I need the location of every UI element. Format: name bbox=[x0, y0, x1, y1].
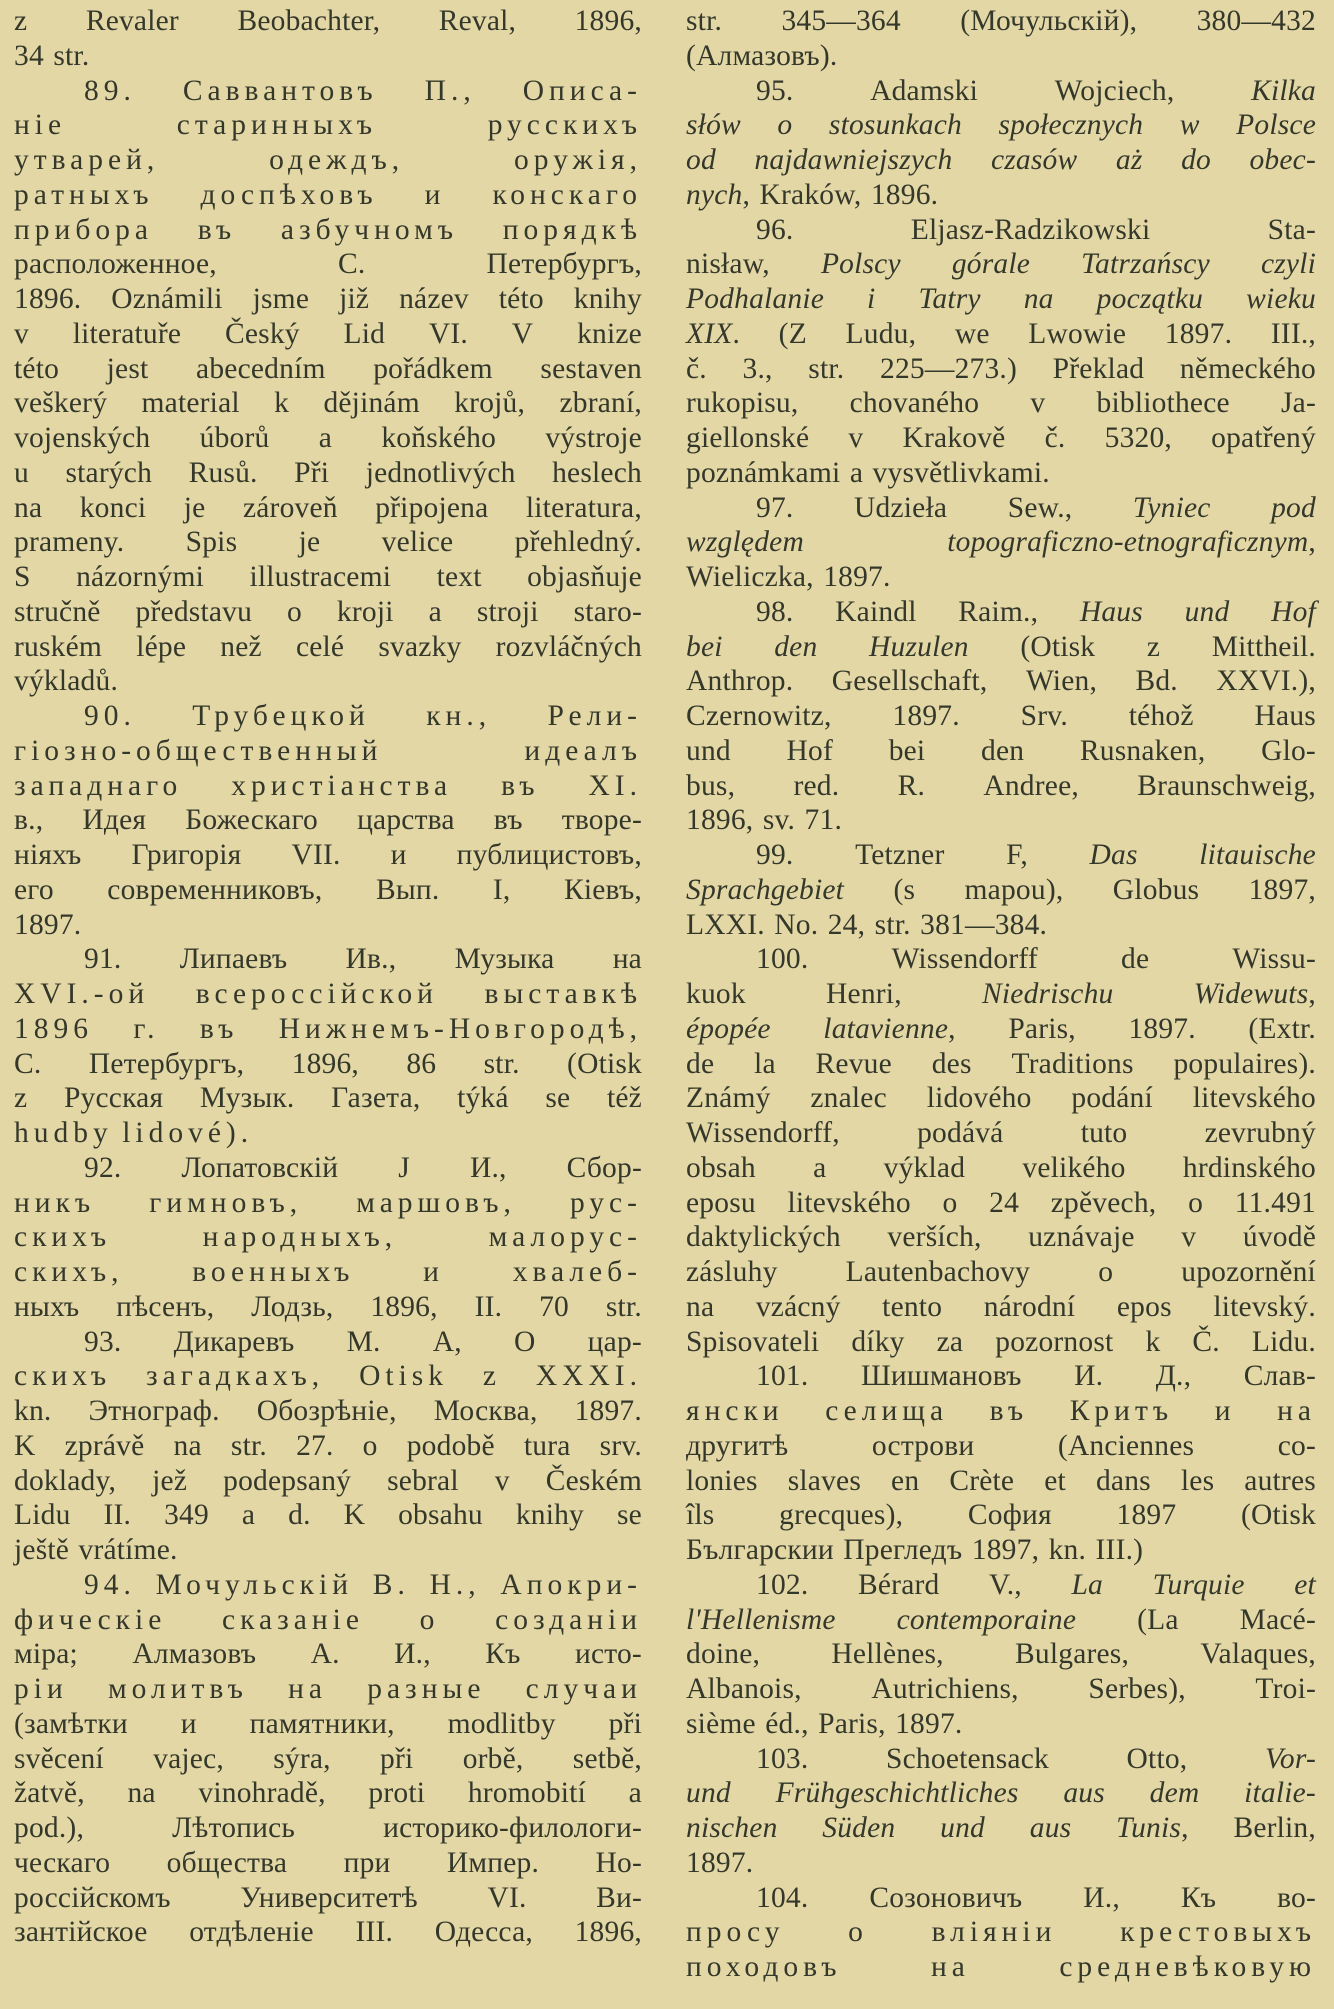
word: týká bbox=[457, 1081, 509, 1116]
word: исто- bbox=[575, 1637, 642, 1672]
word: názornými bbox=[76, 560, 204, 595]
word: verších, bbox=[887, 1220, 981, 1255]
word: z bbox=[14, 1081, 27, 1116]
word: Wissendorff bbox=[892, 942, 1038, 977]
word: Григорія bbox=[131, 838, 241, 873]
word: kroji bbox=[337, 595, 394, 630]
word: и bbox=[1215, 1394, 1236, 1429]
word: Albanois, bbox=[686, 1672, 802, 1707]
word: рус- bbox=[570, 1186, 642, 1221]
word: material bbox=[142, 386, 240, 421]
word: îls bbox=[686, 1498, 714, 1533]
word: (Otisk bbox=[1020, 630, 1095, 665]
word: скихъ bbox=[14, 1359, 111, 1394]
word: 93. bbox=[84, 1325, 121, 1360]
word: tuto bbox=[1081, 1116, 1128, 1151]
word: o bbox=[363, 1429, 378, 1464]
word: str. bbox=[875, 908, 911, 943]
word: хвалеб- bbox=[513, 1255, 642, 1290]
text-line: rukopisu,chovanéhovbibliotheceJa- bbox=[686, 386, 1316, 421]
word: Трубецкой bbox=[192, 699, 370, 734]
word: Wien, bbox=[1026, 664, 1097, 699]
word: Serbes), bbox=[1088, 1672, 1185, 1707]
word: výkladů. bbox=[14, 664, 118, 699]
entry-first-line: 95.AdamskiWojciech,Kilka bbox=[686, 74, 1316, 109]
word: Udzieła bbox=[854, 491, 947, 526]
word: sv. bbox=[763, 803, 795, 838]
word: górale bbox=[952, 247, 1030, 282]
word: je bbox=[299, 525, 321, 560]
word: С. bbox=[14, 1047, 41, 1082]
word: No. bbox=[774, 908, 818, 943]
text-line: БългарскииПрегледъ1897,kn.III.) bbox=[686, 1533, 1316, 1568]
word: Дикаревъ bbox=[174, 1325, 295, 1360]
word: походовъ bbox=[686, 1950, 842, 1985]
word: средневѣковую bbox=[1059, 1950, 1316, 1985]
text-line: ратныхъдоспѣховъиконскаго bbox=[14, 178, 642, 213]
word: přehledný. bbox=[515, 525, 642, 560]
word: общества bbox=[167, 1846, 288, 1881]
word: 95. bbox=[756, 74, 793, 109]
word: В. bbox=[373, 1568, 410, 1603]
word: Huzulen bbox=[869, 630, 969, 665]
word: vajec, bbox=[153, 1742, 224, 1777]
word: Описа- bbox=[523, 74, 642, 109]
word: sième bbox=[686, 1707, 756, 1742]
word: селища bbox=[825, 1394, 948, 1429]
word: v bbox=[1030, 386, 1045, 421]
word: 345—364 bbox=[781, 4, 900, 39]
word: гіозно-общественный bbox=[14, 734, 382, 769]
word: Петербургъ, bbox=[89, 1047, 244, 1082]
text-line: daktylickýchverších,uznávajevúvodě bbox=[686, 1220, 1316, 1255]
word: contemporaine bbox=[897, 1603, 1077, 1638]
word: Známý bbox=[686, 1081, 771, 1116]
word: o bbox=[943, 1186, 958, 1221]
word: sýra, bbox=[273, 1742, 331, 1777]
word: než bbox=[220, 630, 262, 665]
word: Мочульскій bbox=[156, 1568, 353, 1603]
word: se bbox=[545, 1081, 570, 1116]
word: a bbox=[629, 1776, 642, 1811]
word: słów bbox=[686, 108, 741, 143]
word: конскаго bbox=[492, 178, 642, 213]
word: 27. bbox=[296, 1429, 333, 1464]
word: v bbox=[1181, 1220, 1196, 1255]
word: Ви- bbox=[596, 1881, 642, 1916]
word: 24 bbox=[989, 1186, 1019, 1221]
text-line: l'Hellenismecontemporaine(LaMacé- bbox=[686, 1603, 1316, 1638]
word: Sta- bbox=[1268, 213, 1316, 248]
word: Autrichiens, bbox=[871, 1672, 1018, 1707]
word: 1896, bbox=[292, 1047, 359, 1082]
word: А. bbox=[311, 1637, 340, 1672]
word: (s bbox=[893, 873, 915, 908]
word: č. bbox=[686, 352, 707, 387]
text-line: фическіесказаніеосозданіи bbox=[14, 1603, 642, 1638]
word: nych, bbox=[686, 178, 750, 213]
word: Revue bbox=[816, 1047, 892, 1082]
entry-first-line: 92.ЛопатовскійJИ.,Сбор- bbox=[14, 1151, 642, 1186]
entry-first-line: 94.МочульскійВ.Н.,Апокри- bbox=[14, 1568, 642, 1603]
word: č. bbox=[1045, 421, 1066, 456]
text-line: bus,red.R.Andree,Braunschweig, bbox=[686, 769, 1316, 804]
word: d. bbox=[288, 1498, 311, 1533]
word: публицистовъ, bbox=[457, 838, 642, 873]
word: l'Hellenisme bbox=[686, 1603, 836, 1638]
word: krojů, bbox=[454, 386, 525, 421]
text-line: veškerýmaterialkdějinámkrojů,zbraní, bbox=[14, 386, 642, 421]
text-line: zРусскаяМузык.Газета,týkásetéž bbox=[14, 1081, 642, 1116]
word: doine, bbox=[686, 1637, 760, 1672]
word: již bbox=[339, 282, 369, 317]
word: Eljasz-Radzikowski bbox=[911, 213, 1151, 248]
text-line: beidenHuzulen(OtiskzMittheil. bbox=[686, 630, 1316, 665]
word: царства bbox=[357, 803, 455, 838]
entry-first-line: 89.СаввантовъП.,Описа- bbox=[14, 74, 642, 109]
word: název bbox=[399, 282, 469, 317]
word: старинныхъ bbox=[177, 108, 377, 143]
word: П., bbox=[425, 74, 476, 109]
word: Český bbox=[225, 317, 300, 352]
word: Лодзь, bbox=[251, 1290, 333, 1325]
word: w bbox=[1180, 108, 1200, 143]
word: Университетѣ bbox=[240, 1881, 418, 1916]
word: Ludu, bbox=[846, 317, 917, 352]
text-line: č.3.,str.225—273.)Překladněmeckého bbox=[686, 352, 1316, 387]
word: při bbox=[609, 1707, 642, 1742]
word: aus bbox=[1030, 1811, 1072, 1846]
word: XXVI.), bbox=[1216, 664, 1316, 699]
text-line: Známýznaleclidovéhopodánílitevského bbox=[686, 1081, 1316, 1116]
word: 1897. bbox=[686, 1846, 753, 1881]
word: II. bbox=[103, 1498, 131, 1533]
word: i bbox=[867, 282, 875, 317]
word: XXXI. bbox=[536, 1359, 642, 1394]
word: LXXI. bbox=[686, 908, 765, 943]
word: jest bbox=[107, 352, 149, 387]
word: celé bbox=[296, 630, 344, 665]
word: оружія, bbox=[514, 143, 642, 178]
word: Музык. bbox=[200, 1081, 295, 1116]
text-line: zásluhyLautenbachovyoupozornění bbox=[686, 1255, 1316, 1290]
word: znalec bbox=[810, 1081, 887, 1116]
word: hromobití bbox=[468, 1776, 586, 1811]
text-line: hudbylidové). bbox=[14, 1116, 642, 1151]
word: díky bbox=[851, 1325, 904, 1360]
entry-first-line: 91.ЛипаевъИв.,Музыкана bbox=[14, 942, 642, 977]
word: tura bbox=[524, 1429, 571, 1464]
word: в., bbox=[14, 803, 43, 838]
word: 104. bbox=[756, 1881, 808, 1916]
word: И., bbox=[470, 1151, 507, 1186]
word: opatřený bbox=[1211, 421, 1316, 456]
word: bei bbox=[889, 734, 926, 769]
word: Tatry bbox=[918, 282, 980, 317]
text-line: XIX.(ZLudu,weLwowie1897.III., bbox=[686, 317, 1316, 352]
word: uznávaje bbox=[1028, 1220, 1134, 1255]
word: (Extr. bbox=[1248, 1012, 1316, 1047]
word: азбучномъ bbox=[281, 213, 458, 248]
word: (Алмазовъ). bbox=[686, 39, 838, 74]
word: 91. bbox=[84, 942, 121, 977]
word: a bbox=[850, 456, 863, 491]
word: въ bbox=[200, 1012, 238, 1047]
word: Lid bbox=[344, 317, 386, 352]
text-line: скихънародныхъ,малорус- bbox=[14, 1220, 642, 1255]
word: doklady, bbox=[14, 1464, 116, 1499]
entry-first-line: 93.ДикаревъМ.А,Оцар- bbox=[14, 1325, 642, 1360]
word: knihy bbox=[516, 1498, 584, 1533]
word: Sprachgebiet bbox=[686, 873, 844, 908]
text-line: Albanois,Autrichiens,Serbes),Troi- bbox=[686, 1672, 1316, 1707]
word: Raim., bbox=[958, 595, 1038, 630]
word: Но- bbox=[595, 1846, 641, 1881]
word: chovaného bbox=[850, 386, 980, 421]
word: tento bbox=[882, 1290, 942, 1325]
word: Саввантовъ bbox=[183, 74, 378, 109]
word: и bbox=[423, 1255, 444, 1290]
word: se bbox=[617, 1498, 642, 1533]
word: 1897. bbox=[1165, 317, 1232, 352]
word: pod bbox=[1271, 491, 1316, 526]
word: Kaindl bbox=[835, 595, 917, 630]
text-line: épopéelatavienne,Paris,1897.(Extr. bbox=[686, 1012, 1316, 1047]
word: Lidu. bbox=[1252, 1325, 1316, 1360]
word: Bérard bbox=[858, 1568, 939, 1603]
text-line: в.,ИдеяБожескагоцарствавътворе- bbox=[14, 803, 642, 838]
word: velice bbox=[382, 525, 454, 560]
text-line: delaRevuedesTraditionspopulaires). bbox=[686, 1047, 1316, 1082]
word: modlitby bbox=[448, 1707, 556, 1742]
entry-first-line: 102.BérardV.,LaTurquieet bbox=[686, 1568, 1316, 1603]
word: obsah bbox=[686, 1151, 756, 1186]
text-line: 1896,sv.71. bbox=[686, 803, 1316, 838]
word: Traditions bbox=[1011, 1047, 1133, 1082]
word: podepsaný bbox=[223, 1464, 351, 1499]
text-line: (замѣткиипамятники,modlitbypři bbox=[14, 1707, 642, 1742]
word: czyli bbox=[1261, 247, 1316, 282]
word: Слав- bbox=[1244, 1359, 1316, 1394]
word: VI. bbox=[429, 317, 468, 352]
text-line: kn.Этнограф.Обозрѣніе,Москва,1897. bbox=[14, 1394, 642, 1429]
word: jež bbox=[152, 1464, 187, 1499]
word: et bbox=[1294, 1568, 1316, 1603]
word: této bbox=[14, 352, 59, 387]
word: poznámkami bbox=[686, 456, 840, 491]
text-line: ruskémlépenežcelésvazkyrozvláčných bbox=[14, 630, 642, 665]
text-line: расположенное,С.Петербургъ, bbox=[14, 247, 642, 282]
word: na bbox=[1024, 282, 1054, 317]
word: Oznámili bbox=[111, 282, 222, 317]
word: 102. bbox=[756, 1568, 808, 1603]
word: text bbox=[437, 560, 482, 595]
word: 1896. bbox=[14, 282, 81, 317]
word: představu bbox=[136, 595, 253, 630]
word: вліяніи bbox=[932, 1915, 1057, 1950]
word: de bbox=[1121, 942, 1149, 977]
word: ruském bbox=[14, 630, 102, 665]
text-line: ніестаринныхърусскихъ bbox=[14, 108, 642, 143]
word: Spis bbox=[186, 525, 238, 560]
word: въ bbox=[501, 769, 539, 804]
word: 34 bbox=[14, 39, 44, 74]
word: str. bbox=[53, 39, 89, 74]
word: abecedním bbox=[196, 352, 326, 387]
word: Русская bbox=[64, 1081, 163, 1116]
word: upozornění bbox=[1181, 1255, 1316, 1290]
text-line: nakoncijezároveňpřipojenaliteratura, bbox=[14, 491, 642, 526]
word: staro- bbox=[574, 595, 642, 630]
text-line: ческагообществаприИмпер.Но- bbox=[14, 1846, 642, 1881]
text-line: Snázornýmiillustracemitextobjasňuje bbox=[14, 560, 642, 595]
word: сказаніе bbox=[222, 1603, 364, 1638]
word: ныхъ bbox=[14, 1290, 79, 1325]
word: Н., bbox=[430, 1568, 481, 1603]
word: hudby bbox=[14, 1116, 113, 1151]
text-line: 34str. bbox=[14, 39, 642, 74]
text-line: nisław,PolscygóraleTatrzańscyczyli bbox=[686, 247, 1316, 282]
word: Bd. bbox=[1135, 664, 1177, 699]
word: úborů bbox=[200, 421, 270, 456]
word: VI. bbox=[487, 1881, 526, 1916]
word: 94. bbox=[84, 1568, 136, 1603]
word: litauische bbox=[1199, 838, 1316, 873]
word: ческаго bbox=[14, 1846, 110, 1881]
entry-first-line: 104.СозоновичъИ.,Къво- bbox=[686, 1881, 1316, 1916]
word: порядкѣ bbox=[503, 213, 642, 248]
word: en bbox=[891, 1464, 919, 1499]
word: Mittheil. bbox=[1212, 630, 1316, 665]
word: Идея bbox=[82, 803, 146, 838]
word: И., bbox=[1083, 1881, 1120, 1916]
word: VII. bbox=[291, 838, 340, 873]
text-line: (Алмазовъ). bbox=[686, 39, 1316, 74]
text-line: pod.),Лѣтописьисторико-филологи- bbox=[14, 1811, 642, 1846]
word: 1896, bbox=[575, 1915, 642, 1950]
word: Crète bbox=[949, 1464, 1014, 1499]
word: острови bbox=[872, 1429, 974, 1464]
word: западнаго bbox=[14, 769, 182, 804]
word: Wissu- bbox=[1232, 942, 1316, 977]
word: въ bbox=[990, 1394, 1028, 1429]
word: (Мочульскій), bbox=[960, 4, 1137, 39]
word: Vor- bbox=[1265, 1742, 1316, 1777]
word: Сбор- bbox=[567, 1151, 642, 1186]
text-line: tétojestabecednímpořádkemsestaven bbox=[14, 352, 642, 387]
word: III.) bbox=[1096, 1533, 1144, 1568]
entry-first-line: 100.WissendorffdeWissu- bbox=[686, 942, 1316, 977]
word: о bbox=[420, 1603, 440, 1638]
word: Къ bbox=[485, 1637, 520, 1672]
word: autres bbox=[1244, 1464, 1316, 1499]
word: 100. bbox=[756, 942, 808, 977]
text-line: С.Петербургъ,1896,86str.(Otisk bbox=[14, 1047, 642, 1082]
word: zpěvech, bbox=[1051, 1186, 1157, 1221]
word: F, bbox=[1006, 838, 1028, 873]
word: latavienne, bbox=[823, 1012, 955, 1047]
word: 380—432 bbox=[1197, 4, 1316, 39]
text-line: zRevalerBeobachter,Reval,1896, bbox=[14, 4, 642, 39]
text-line: giellonskévKrakověč.5320,opatřený bbox=[686, 421, 1316, 456]
word: III. bbox=[355, 1915, 393, 1950]
text-line: западнагохристіанствавъXI. bbox=[14, 769, 642, 804]
word: Одесса, bbox=[435, 1915, 533, 1950]
word: при bbox=[344, 1846, 391, 1881]
text-line: янскиселищавъКритъина bbox=[686, 1394, 1316, 1429]
word: Českém bbox=[546, 1464, 642, 1499]
word: u bbox=[14, 456, 29, 491]
word: Къ bbox=[1181, 1881, 1216, 1916]
word: dans bbox=[1096, 1464, 1151, 1499]
word: we bbox=[955, 317, 990, 352]
word: 103. bbox=[756, 1742, 808, 1777]
text-line: vojenskýchúborůakoňskéhovýstroje bbox=[14, 421, 642, 456]
word: Этнограф. bbox=[89, 1394, 220, 1429]
word: 1897. bbox=[1128, 1012, 1195, 1047]
word: srv. bbox=[600, 1429, 642, 1464]
word: просу bbox=[686, 1915, 784, 1950]
word: str. bbox=[231, 1429, 267, 1464]
word: Otto, bbox=[1127, 1742, 1188, 1777]
word: на bbox=[613, 942, 642, 977]
word: ještě bbox=[14, 1533, 69, 1568]
entry-first-line: 99.TetznerF,Daslitauische bbox=[686, 838, 1316, 873]
word: Haus bbox=[1255, 699, 1316, 734]
word: de bbox=[686, 1047, 714, 1082]
word: Globus bbox=[1113, 873, 1199, 908]
word: загадкахъ, bbox=[146, 1359, 324, 1394]
text-line: Anthrop.Gesellschaft,Wien,Bd.XXVI.), bbox=[686, 664, 1316, 699]
word: K bbox=[344, 1498, 366, 1533]
word: podobě bbox=[407, 1429, 495, 1464]
text-line: походовънасредневѣковую bbox=[686, 1950, 1316, 1985]
word: Paris, bbox=[1008, 1012, 1076, 1047]
word: Krakově bbox=[903, 421, 1006, 456]
text-line: Sprachgebiet(smapou),Globus1897, bbox=[686, 873, 1316, 908]
text-line: kuokHenri,NiedrischuWidewuts, bbox=[686, 977, 1316, 1012]
text-line: žatvě,navinohradě,protihromobitía bbox=[14, 1776, 642, 1811]
word: скихъ, bbox=[14, 1255, 123, 1290]
word: Braunschweig, bbox=[1137, 769, 1316, 804]
word: německého bbox=[1180, 352, 1316, 387]
word: je bbox=[184, 491, 206, 526]
word: никъ bbox=[14, 1186, 95, 1221]
word: Henri, bbox=[826, 977, 902, 1012]
word: k bbox=[274, 386, 289, 421]
word: literatuře bbox=[73, 317, 181, 352]
word: den bbox=[981, 734, 1024, 769]
word: lidového bbox=[927, 1081, 1032, 1116]
word: daktylických bbox=[686, 1220, 841, 1255]
word: Bulgares, bbox=[1015, 1637, 1129, 1672]
text-line: vliteratuřeČeskýLidVI.Vknize bbox=[14, 317, 642, 352]
word: 1897. bbox=[895, 1707, 962, 1742]
word: 1896 bbox=[14, 1012, 93, 1047]
word: 71. bbox=[805, 803, 842, 838]
word: setbě, bbox=[573, 1742, 642, 1777]
word: při bbox=[380, 1742, 413, 1777]
word: a bbox=[242, 1498, 255, 1533]
word: Божескаго bbox=[185, 803, 318, 838]
word: Berlin, bbox=[1233, 1811, 1316, 1846]
word: stroji bbox=[477, 595, 539, 630]
text-line: ještěvrátíme. bbox=[14, 1533, 642, 1568]
word: o bbox=[1188, 1186, 1203, 1221]
word: Podhalanie bbox=[686, 282, 824, 317]
text-line: Kzprávěnastr.27.opodoběturasrv. bbox=[14, 1429, 642, 1464]
word: Lautenbachovy bbox=[846, 1255, 1030, 1290]
